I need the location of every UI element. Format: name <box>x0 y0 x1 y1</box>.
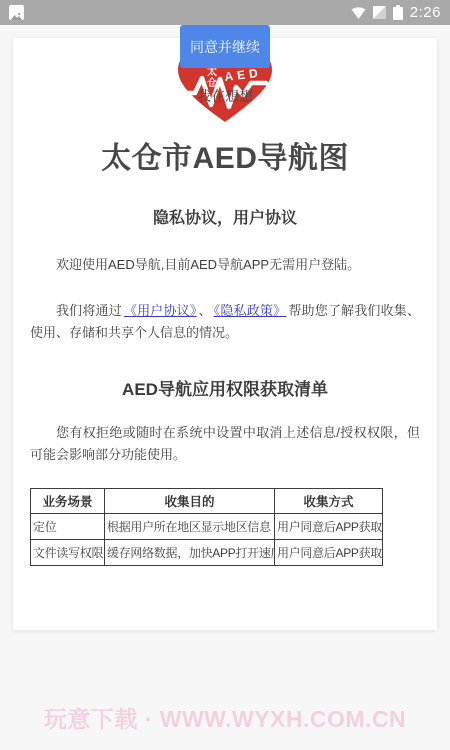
cell-method: 用户同意后APP获取 <box>275 514 383 540</box>
agree-continue-button[interactable]: 同意并继续 <box>180 25 270 68</box>
battery-icon <box>393 7 403 20</box>
agreement-subtitle: 隐私协议，用户协议 <box>30 208 420 230</box>
permissions-table: 业务场景 收集目的 收集方式 定位 根据用户所在地区显示地区信息 用户同意后AP… <box>30 488 383 566</box>
cell-purpose: 根据用户所在地区显示地区信息 <box>105 514 275 540</box>
page-title: 太仓市AED导航图 <box>30 142 420 176</box>
agreement-paragraph-separator: 、 <box>199 303 212 318</box>
cell-method: 用户同意后APP获取 <box>275 540 383 566</box>
user-agreement-link[interactable]: 《用户协议》 <box>124 303 197 318</box>
table-header-purpose: 收集目的 <box>105 489 275 514</box>
watermark-text: 玩意下载 · WWW.WYXH.COM.CN <box>0 701 450 734</box>
wifi-icon <box>351 7 366 19</box>
cell-scene: 文件读写权限 <box>31 540 105 566</box>
privacy-policy-link[interactable]: 《隐私政策》 <box>214 303 287 318</box>
status-bar: 2:26 <box>0 0 450 25</box>
no-signal-icon <box>373 6 386 19</box>
welcome-paragraph: 欢迎使用AED导航,目前AED导航APP无需用户登陆。 <box>30 254 420 276</box>
think-about-it-link[interactable]: 我在想想 <box>0 86 450 106</box>
table-row: 文件读写权限 缓存网络数据，加快APP打开速度 用户同意后APP获取 <box>31 540 383 566</box>
status-time: 2:26 <box>410 4 441 21</box>
agreement-paragraph: 我们将通过《用户协议》、《隐私政策》帮助您了解我们收集、使用、存储和共享个人信息… <box>30 300 420 344</box>
permissions-note: 您有权拒绝或随时在系统中设置中取消上述信息/授权权限，但可能会影响部分功能使用。 <box>30 422 420 466</box>
table-header-row: 业务场景 收集目的 收集方式 <box>31 489 383 514</box>
cell-scene: 定位 <box>31 514 105 540</box>
status-bar-right: 2:26 <box>351 4 441 21</box>
privacy-dialog-card: 太 仓 AED 太仓市AED导航图 隐私协议，用户协议 欢迎使用AED导航,目前… <box>13 38 437 630</box>
table-row: 定位 根据用户所在地区显示地区信息 用户同意后APP获取 <box>31 514 383 540</box>
app-screen: 2:26 太 仓 AED 太仓市AED导航图 隐私协议，用户协议 欢迎使用AED… <box>0 0 450 750</box>
screenshot-notification-icon <box>9 5 24 20</box>
table-header-scene: 业务场景 <box>31 489 105 514</box>
agreement-paragraph-prefix: 我们将通过 <box>56 303 122 318</box>
status-bar-left <box>9 5 24 20</box>
permissions-heading: AED导航应用权限获取清单 <box>30 378 420 402</box>
table-header-method: 收集方式 <box>275 489 383 514</box>
cell-purpose: 缓存网络数据，加快APP打开速度 <box>105 540 275 566</box>
